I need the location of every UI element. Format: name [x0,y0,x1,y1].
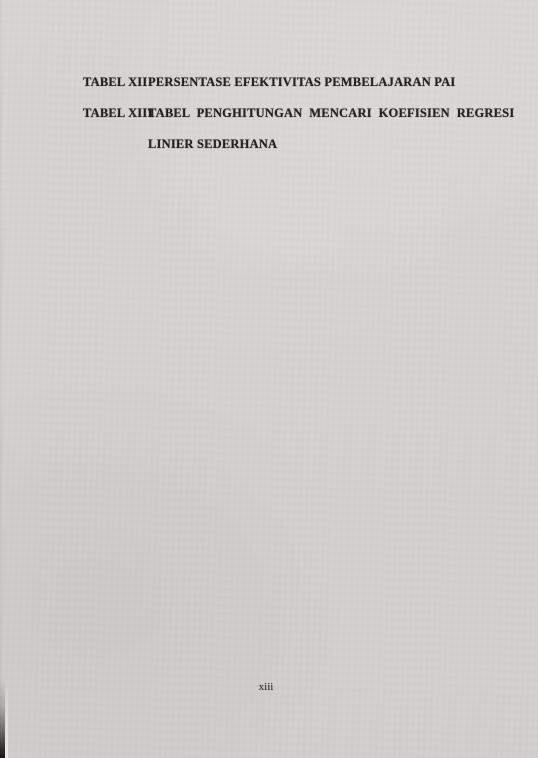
page-number: xiii [0,681,532,693]
scan-edge-highlight [5,680,8,758]
table-entry-title-continuation: LINIER SEDERHANA [148,137,277,152]
table-entry-title: PERSENTASE EFEKTIVITAS PEMBELAJARAN PAI [148,75,456,90]
table-entry-label: TABEL XIII [83,106,153,121]
table-entry-label: TABEL XII [83,75,147,90]
table-entry-title: TABEL PENGHITUNGAN MENCARI KOEFISIEN REG… [148,106,514,121]
scan-left-edge-tone [0,0,3,758]
scanned-page: TABEL XII PERSENTASE EFEKTIVITAS PEMBELA… [0,0,538,758]
